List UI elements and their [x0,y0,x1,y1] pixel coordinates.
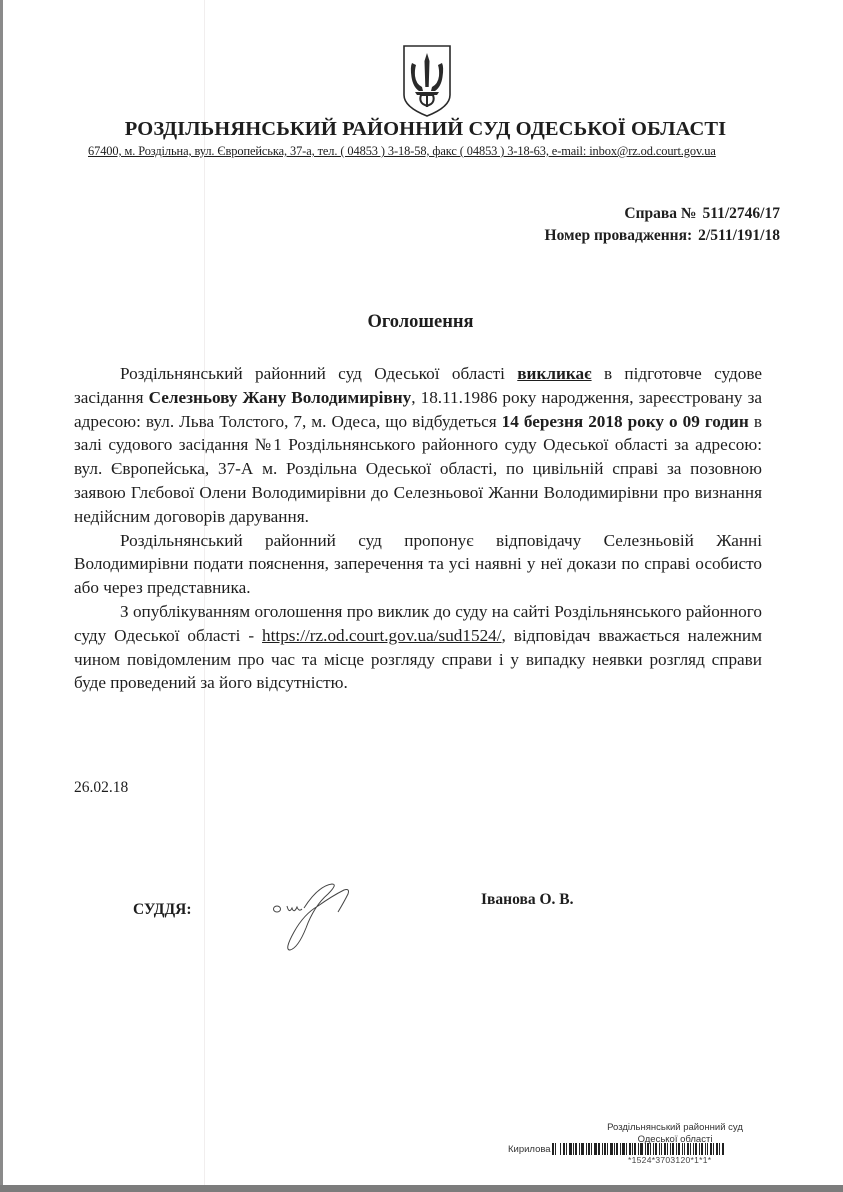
proceeding-number-label: Номер провадження: [545,227,693,244]
barcode-icon [552,1143,830,1155]
proceeding-number-row: Номер провадження:2/511/191/18 [545,225,780,247]
barcode-number: *1524*3703120*1*1* [628,1155,711,1165]
court-name-heading: РОЗДІЛЬНЯНСЬКИЙ РАЙОННИЙ СУД ОДЕСЬКОЇ ОБ… [0,118,843,141]
document-date: 26.02.18 [74,779,128,797]
scan-edge-bottom [0,1185,843,1192]
court-website-link[interactable]: https://rz.od.court.gov.ua/sud1524/ [262,626,501,645]
judge-name: Іванова О. В. [481,891,573,909]
announcement-body: Роздільнянський районний суд Одеської об… [74,362,762,695]
paragraph-evidence: Роздільнянський районний суд пропонує ві… [74,529,762,600]
paragraph-summons: Роздільнянський районний суд Одеської об… [74,362,762,529]
defendant-name: Селезньову Жану Володимирівну [149,388,412,407]
scan-edge-left [0,0,3,1192]
proceeding-number-value: 2/511/191/18 [698,227,780,244]
case-number-row: Справа №511/2746/17 [545,203,780,225]
case-reference: Справа №511/2746/17 Номер провадження:2/… [545,203,780,247]
clerk-name: Кирилова [508,1144,551,1155]
handwritten-signature-icon [268,876,378,956]
court-address-line: 67400, м. Роздільна, вул. Європейська, 3… [88,144,716,159]
case-number-value: 511/2746/17 [702,205,780,222]
summons-emphasis: викликає [517,364,591,383]
trident-emblem-icon [401,43,453,118]
stamp-court-line1: Роздільнянський районний суд [600,1122,750,1134]
paragraph-publication: З опублікуванням оголошення про виклик д… [74,600,762,695]
announcement-title: Оголошення [0,312,843,333]
judge-label: СУДДЯ: [133,901,191,919]
case-number-label: Справа № [624,205,696,222]
hearing-datetime: 14 березня 2018 року о 09 годин [502,412,749,431]
